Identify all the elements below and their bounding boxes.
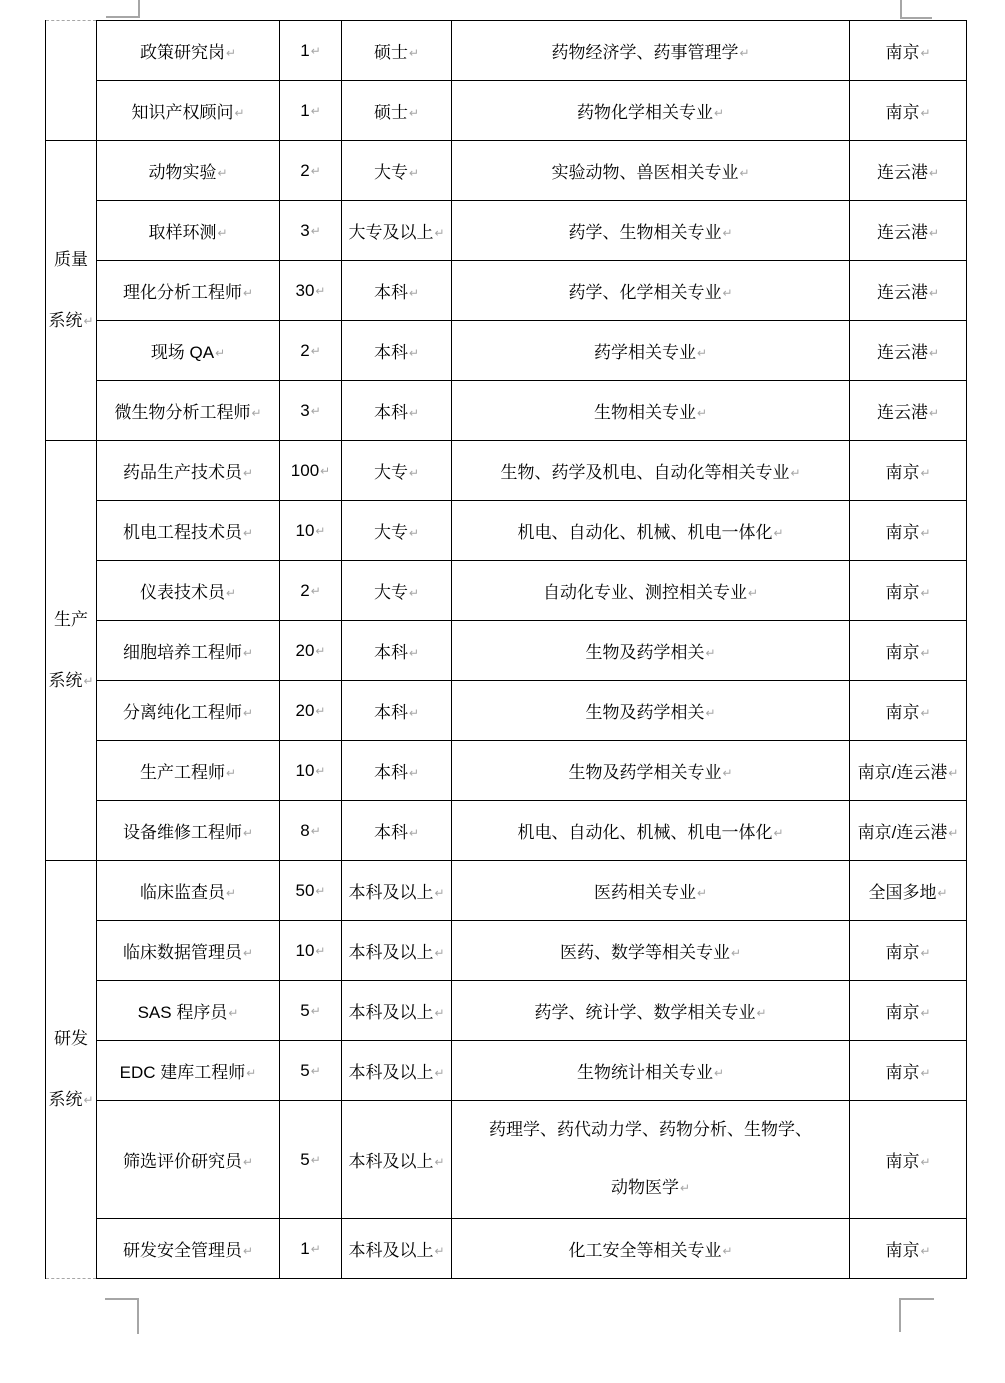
paragraph-mark-icon: ↵ bbox=[731, 946, 741, 960]
paragraph-mark-icon: ↵ bbox=[920, 106, 930, 120]
count-cell: 2↵ bbox=[280, 561, 342, 621]
paragraph-mark-icon: ↵ bbox=[920, 1006, 930, 1020]
position-cell: 分离纯化工程师↵ bbox=[97, 681, 280, 741]
education-cell: 本科及以上↵ bbox=[342, 981, 452, 1041]
document-page: 政策研究岗↵1↵硕士↵药物经济学、药事管理学↵南京↵知识产权顾问↵1↵硕士↵药物… bbox=[0, 0, 1005, 1383]
location-cell: 连云港↵ bbox=[850, 321, 967, 381]
paragraph-mark-icon: ↵ bbox=[756, 1006, 766, 1020]
paragraph-mark-icon: ↵ bbox=[722, 286, 732, 300]
paragraph-mark-icon: ↵ bbox=[722, 1244, 732, 1258]
paragraph-mark-icon: ↵ bbox=[234, 106, 244, 120]
count-cell: 20↵ bbox=[280, 681, 342, 741]
count-cell: 10↵ bbox=[280, 501, 342, 561]
paragraph-mark-icon: ↵ bbox=[243, 526, 253, 540]
count-cell: 3↵ bbox=[280, 381, 342, 441]
paragraph-mark-icon: ↵ bbox=[409, 646, 419, 660]
table-row: 现场 QA↵2↵本科↵药学相关专业↵连云港↵ bbox=[46, 321, 967, 381]
paragraph-mark-icon: ↵ bbox=[409, 346, 419, 360]
paragraph-mark-icon: ↵ bbox=[434, 1066, 444, 1080]
paragraph-mark-icon: ↵ bbox=[739, 46, 749, 60]
major-cell: 生物统计相关专业↵ bbox=[452, 1041, 850, 1101]
paragraph-mark-icon: ↵ bbox=[311, 404, 321, 418]
paragraph-mark-icon: ↵ bbox=[315, 704, 325, 718]
position-cell: 细胞培养工程师↵ bbox=[97, 621, 280, 681]
location-cell: 南京↵ bbox=[850, 1101, 967, 1219]
paragraph-mark-icon: ↵ bbox=[217, 166, 227, 180]
major-cell: 实验动物、兽医相关专业↵ bbox=[452, 141, 850, 201]
major-cell: 药物经济学、药事管理学↵ bbox=[452, 21, 850, 81]
paragraph-mark-icon: ↵ bbox=[315, 764, 325, 778]
major-cell: 化工安全等相关专业↵ bbox=[452, 1219, 850, 1279]
table-row: 政策研究岗↵1↵硕士↵药物经济学、药事管理学↵南京↵ bbox=[46, 21, 967, 81]
paragraph-mark-icon: ↵ bbox=[409, 286, 419, 300]
paragraph-mark-icon: ↵ bbox=[409, 526, 419, 540]
table-row: 仪表技术员↵2↵大专↵自动化专业、测控相关专业↵南京↵ bbox=[46, 561, 967, 621]
count-cell: 100↵ bbox=[280, 441, 342, 501]
crop-mark-top-left bbox=[106, 0, 140, 18]
recruitment-table: 政策研究岗↵1↵硕士↵药物经济学、药事管理学↵南京↵知识产权顾问↵1↵硕士↵药物… bbox=[45, 20, 967, 1279]
paragraph-mark-icon: ↵ bbox=[228, 1006, 238, 1020]
paragraph-mark-icon: ↵ bbox=[315, 944, 325, 958]
paragraph-mark-icon: ↵ bbox=[722, 226, 732, 240]
paragraph-mark-icon: ↵ bbox=[937, 886, 947, 900]
position-cell: 临床监查员↵ bbox=[97, 861, 280, 921]
paragraph-mark-icon: ↵ bbox=[409, 466, 419, 480]
paragraph-mark-icon: ↵ bbox=[226, 886, 236, 900]
paragraph-mark-icon: ↵ bbox=[929, 166, 939, 180]
paragraph-mark-icon: ↵ bbox=[434, 1006, 444, 1020]
education-cell: 本科及以上↵ bbox=[342, 921, 452, 981]
paragraph-mark-icon: ↵ bbox=[920, 586, 930, 600]
paragraph-mark-icon: ↵ bbox=[714, 1066, 724, 1080]
table-row: SAS 程序员↵5↵本科及以上↵药学、统计学、数学相关专业↵南京↵ bbox=[46, 981, 967, 1041]
table-row: 设备维修工程师↵8↵本科↵机电、自动化、机械、机电一体化↵南京/连云港↵ bbox=[46, 801, 967, 861]
paragraph-mark-icon: ↵ bbox=[226, 586, 236, 600]
paragraph-mark-icon: ↵ bbox=[929, 346, 939, 360]
paragraph-mark-icon: ↵ bbox=[311, 224, 321, 238]
paragraph-mark-icon: ↵ bbox=[920, 46, 930, 60]
education-cell: 本科↵ bbox=[342, 321, 452, 381]
table-row: 生产系统↵药品生产技术员↵100↵大专↵生物、药学及机电、自动化等相关专业↵南京… bbox=[46, 441, 967, 501]
paragraph-mark-icon: ↵ bbox=[243, 1155, 253, 1169]
paragraph-mark-icon: ↵ bbox=[680, 1181, 690, 1195]
paragraph-mark-icon: ↵ bbox=[226, 766, 236, 780]
paragraph-mark-icon: ↵ bbox=[434, 1244, 444, 1258]
table-body: 政策研究岗↵1↵硕士↵药物经济学、药事管理学↵南京↵知识产权顾问↵1↵硕士↵药物… bbox=[46, 21, 967, 1279]
paragraph-mark-icon: ↵ bbox=[705, 646, 715, 660]
location-cell: 南京↵ bbox=[850, 1041, 967, 1101]
paragraph-mark-icon: ↵ bbox=[311, 1153, 321, 1167]
paragraph-mark-icon: ↵ bbox=[773, 526, 783, 540]
paragraph-mark-icon: ↵ bbox=[790, 466, 800, 480]
count-cell: 20↵ bbox=[280, 621, 342, 681]
position-cell: 药品生产技术员↵ bbox=[97, 441, 280, 501]
paragraph-mark-icon: ↵ bbox=[243, 1244, 253, 1258]
position-cell: 政策研究岗↵ bbox=[97, 21, 280, 81]
paragraph-mark-icon: ↵ bbox=[311, 1004, 321, 1018]
count-cell: 2↵ bbox=[280, 141, 342, 201]
location-cell: 南京↵ bbox=[850, 1219, 967, 1279]
major-cell: 药学、生物相关专业↵ bbox=[452, 201, 850, 261]
location-cell: 连云港↵ bbox=[850, 141, 967, 201]
education-cell: 硕士↵ bbox=[342, 81, 452, 141]
major-cell: 机电、自动化、机械、机电一体化↵ bbox=[452, 801, 850, 861]
paragraph-mark-icon: ↵ bbox=[739, 166, 749, 180]
paragraph-mark-icon: ↵ bbox=[409, 586, 419, 600]
position-cell: 微生物分析工程师↵ bbox=[97, 381, 280, 441]
major-cell: 生物及药学相关↵ bbox=[452, 621, 850, 681]
position-cell: 仪表技术员↵ bbox=[97, 561, 280, 621]
education-cell: 本科及以上↵ bbox=[342, 1041, 452, 1101]
paragraph-mark-icon: ↵ bbox=[714, 106, 724, 120]
education-cell: 大专↵ bbox=[342, 501, 452, 561]
paragraph-mark-icon: ↵ bbox=[409, 766, 419, 780]
paragraph-mark-icon: ↵ bbox=[929, 406, 939, 420]
count-cell: 2↵ bbox=[280, 321, 342, 381]
position-cell: 设备维修工程师↵ bbox=[97, 801, 280, 861]
position-cell: 动物实验↵ bbox=[97, 141, 280, 201]
education-cell: 本科↵ bbox=[342, 681, 452, 741]
paragraph-mark-icon: ↵ bbox=[697, 886, 707, 900]
count-cell: 1↵ bbox=[280, 81, 342, 141]
paragraph-mark-icon: ↵ bbox=[311, 164, 321, 178]
education-cell: 大专及以上↵ bbox=[342, 201, 452, 261]
paragraph-mark-icon: ↵ bbox=[929, 226, 939, 240]
major-cell: 药物化学相关专业↵ bbox=[452, 81, 850, 141]
paragraph-mark-icon: ↵ bbox=[920, 706, 930, 720]
education-cell: 本科↵ bbox=[342, 261, 452, 321]
paragraph-mark-icon: ↵ bbox=[409, 106, 419, 120]
position-cell: 临床数据管理员↵ bbox=[97, 921, 280, 981]
table-row: 分离纯化工程师↵20↵本科↵生物及药学相关↵南京↵ bbox=[46, 681, 967, 741]
paragraph-mark-icon: ↵ bbox=[315, 524, 325, 538]
location-cell: 全国多地↵ bbox=[850, 861, 967, 921]
paragraph-mark-icon: ↵ bbox=[722, 766, 732, 780]
paragraph-mark-icon: ↵ bbox=[697, 406, 707, 420]
table-row: 筛选评价研究员↵5↵本科及以上↵药理学、药代动力学、药物分析、生物学、动物医学↵… bbox=[46, 1101, 967, 1219]
major-cell: 药理学、药代动力学、药物分析、生物学、动物医学↵ bbox=[452, 1101, 850, 1219]
location-cell: 南京↵ bbox=[850, 81, 967, 141]
paragraph-mark-icon: ↵ bbox=[243, 466, 253, 480]
paragraph-mark-icon: ↵ bbox=[315, 284, 325, 298]
education-cell: 大专↵ bbox=[342, 141, 452, 201]
paragraph-mark-icon: ↵ bbox=[920, 1155, 930, 1169]
paragraph-mark-icon: ↵ bbox=[311, 104, 321, 118]
count-cell: 1↵ bbox=[280, 1219, 342, 1279]
paragraph-mark-icon: ↵ bbox=[948, 766, 958, 780]
location-cell: 南京↵ bbox=[850, 501, 967, 561]
position-cell: SAS 程序员↵ bbox=[97, 981, 280, 1041]
education-cell: 大专↵ bbox=[342, 561, 452, 621]
table-row: 研发安全管理员↵1↵本科及以上↵化工安全等相关专业↵南京↵ bbox=[46, 1219, 967, 1279]
table-row: 取样环测↵3↵大专及以上↵药学、生物相关专业↵连云港↵ bbox=[46, 201, 967, 261]
major-cell: 药学相关专业↵ bbox=[452, 321, 850, 381]
count-cell: 10↵ bbox=[280, 921, 342, 981]
paragraph-mark-icon: ↵ bbox=[705, 706, 715, 720]
paragraph-mark-icon: ↵ bbox=[315, 644, 325, 658]
paragraph-mark-icon: ↵ bbox=[311, 824, 321, 838]
position-cell: 理化分析工程师↵ bbox=[97, 261, 280, 321]
location-cell: 南京/连云港↵ bbox=[850, 741, 967, 801]
count-cell: 50↵ bbox=[280, 861, 342, 921]
major-cell: 医药、数学等相关专业↵ bbox=[452, 921, 850, 981]
paragraph-mark-icon: ↵ bbox=[243, 826, 253, 840]
table-row: 生产工程师↵10↵本科↵生物及药学相关专业↵南京/连云港↵ bbox=[46, 741, 967, 801]
paragraph-mark-icon: ↵ bbox=[246, 1066, 256, 1080]
table-row: 知识产权顾问↵1↵硕士↵药物化学相关专业↵南京↵ bbox=[46, 81, 967, 141]
location-cell: 连云港↵ bbox=[850, 261, 967, 321]
count-cell: 8↵ bbox=[280, 801, 342, 861]
crop-mark-top-right bbox=[900, 0, 932, 19]
paragraph-mark-icon: ↵ bbox=[83, 1093, 93, 1107]
education-cell: 硕士↵ bbox=[342, 21, 452, 81]
count-cell: 5↵ bbox=[280, 1041, 342, 1101]
count-cell: 3↵ bbox=[280, 201, 342, 261]
location-cell: 南京↵ bbox=[850, 981, 967, 1041]
table-row: EDC 建库工程师↵5↵本科及以上↵生物统计相关专业↵南京↵ bbox=[46, 1041, 967, 1101]
paragraph-mark-icon: ↵ bbox=[434, 226, 444, 240]
position-cell: 机电工程技术员↵ bbox=[97, 501, 280, 561]
education-cell: 本科及以上↵ bbox=[342, 861, 452, 921]
paragraph-mark-icon: ↵ bbox=[311, 44, 321, 58]
paragraph-mark-icon: ↵ bbox=[920, 1244, 930, 1258]
major-cell: 自动化专业、测控相关专业↵ bbox=[452, 561, 850, 621]
major-cell: 机电、自动化、机械、机电一体化↵ bbox=[452, 501, 850, 561]
education-cell: 本科及以上↵ bbox=[342, 1101, 452, 1219]
count-cell: 5↵ bbox=[280, 981, 342, 1041]
paragraph-mark-icon: ↵ bbox=[311, 1242, 321, 1256]
position-cell: 取样环测↵ bbox=[97, 201, 280, 261]
paragraph-mark-icon: ↵ bbox=[215, 346, 225, 360]
paragraph-mark-icon: ↵ bbox=[83, 314, 93, 328]
position-cell: 筛选评价研究员↵ bbox=[97, 1101, 280, 1219]
paragraph-mark-icon: ↵ bbox=[243, 646, 253, 660]
count-cell: 5↵ bbox=[280, 1101, 342, 1219]
education-cell: 本科及以上↵ bbox=[342, 1219, 452, 1279]
paragraph-mark-icon: ↵ bbox=[920, 526, 930, 540]
paragraph-mark-icon: ↵ bbox=[929, 286, 939, 300]
paragraph-mark-icon: ↵ bbox=[434, 1155, 444, 1169]
crop-mark-bottom-right bbox=[899, 1298, 934, 1332]
position-cell: 现场 QA↵ bbox=[97, 321, 280, 381]
position-cell: EDC 建库工程师↵ bbox=[97, 1041, 280, 1101]
paragraph-mark-icon: ↵ bbox=[409, 406, 419, 420]
paragraph-mark-icon: ↵ bbox=[920, 1066, 930, 1080]
paragraph-mark-icon: ↵ bbox=[243, 286, 253, 300]
count-cell: 30↵ bbox=[280, 261, 342, 321]
category-cell bbox=[46, 21, 97, 141]
paragraph-mark-icon: ↵ bbox=[409, 826, 419, 840]
paragraph-mark-icon: ↵ bbox=[217, 226, 227, 240]
paragraph-mark-icon: ↵ bbox=[409, 706, 419, 720]
paragraph-mark-icon: ↵ bbox=[434, 946, 444, 960]
table-row: 临床数据管理员↵10↵本科及以上↵医药、数学等相关专业↵南京↵ bbox=[46, 921, 967, 981]
crop-mark-bottom-left bbox=[105, 1298, 139, 1334]
major-cell: 生物及药学相关专业↵ bbox=[452, 741, 850, 801]
major-cell: 生物、药学及机电、自动化等相关专业↵ bbox=[452, 441, 850, 501]
paragraph-mark-icon: ↵ bbox=[311, 344, 321, 358]
education-cell: 大专↵ bbox=[342, 441, 452, 501]
location-cell: 南京↵ bbox=[850, 921, 967, 981]
paragraph-mark-icon: ↵ bbox=[83, 674, 93, 688]
paragraph-mark-icon: ↵ bbox=[434, 886, 444, 900]
paragraph-mark-icon: ↵ bbox=[773, 826, 783, 840]
table-row: 理化分析工程师↵30↵本科↵药学、化学相关专业↵连云港↵ bbox=[46, 261, 967, 321]
major-cell: 药学、统计学、数学相关专业↵ bbox=[452, 981, 850, 1041]
paragraph-mark-icon: ↵ bbox=[920, 466, 930, 480]
education-cell: 本科↵ bbox=[342, 801, 452, 861]
paragraph-mark-icon: ↵ bbox=[920, 646, 930, 660]
paragraph-mark-icon: ↵ bbox=[243, 706, 253, 720]
location-cell: 南京↵ bbox=[850, 441, 967, 501]
category-cell: 质量系统↵ bbox=[46, 141, 97, 441]
education-cell: 本科↵ bbox=[342, 741, 452, 801]
paragraph-mark-icon: ↵ bbox=[226, 46, 236, 60]
table-row: 细胞培养工程师↵20↵本科↵生物及药学相关↵南京↵ bbox=[46, 621, 967, 681]
paragraph-mark-icon: ↵ bbox=[409, 166, 419, 180]
paragraph-mark-icon: ↵ bbox=[311, 1064, 321, 1078]
paragraph-mark-icon: ↵ bbox=[748, 586, 758, 600]
paragraph-mark-icon: ↵ bbox=[920, 946, 930, 960]
paragraph-mark-icon: ↵ bbox=[320, 464, 330, 478]
location-cell: 连云港↵ bbox=[850, 381, 967, 441]
major-cell: 药学、化学相关专业↵ bbox=[452, 261, 850, 321]
count-cell: 1↵ bbox=[280, 21, 342, 81]
table-row: 机电工程技术员↵10↵大专↵机电、自动化、机械、机电一体化↵南京↵ bbox=[46, 501, 967, 561]
table-row: 质量系统↵动物实验↵2↵大专↵实验动物、兽医相关专业↵连云港↵ bbox=[46, 141, 967, 201]
location-cell: 南京↵ bbox=[850, 681, 967, 741]
position-cell: 研发安全管理员↵ bbox=[97, 1219, 280, 1279]
category-cell: 研发系统↵ bbox=[46, 861, 97, 1279]
paragraph-mark-icon: ↵ bbox=[243, 946, 253, 960]
location-cell: 南京/连云港↵ bbox=[850, 801, 967, 861]
paragraph-mark-icon: ↵ bbox=[697, 346, 707, 360]
paragraph-mark-icon: ↵ bbox=[948, 826, 958, 840]
education-cell: 本科↵ bbox=[342, 621, 452, 681]
paragraph-mark-icon: ↵ bbox=[409, 46, 419, 60]
location-cell: 南京↵ bbox=[850, 561, 967, 621]
major-cell: 生物相关专业↵ bbox=[452, 381, 850, 441]
major-cell: 生物及药学相关↵ bbox=[452, 681, 850, 741]
major-cell: 医药相关专业↵ bbox=[452, 861, 850, 921]
location-cell: 连云港↵ bbox=[850, 201, 967, 261]
count-cell: 10↵ bbox=[280, 741, 342, 801]
table-row: 微生物分析工程师↵3↵本科↵生物相关专业↵连云港↵ bbox=[46, 381, 967, 441]
location-cell: 南京↵ bbox=[850, 21, 967, 81]
paragraph-mark-icon: ↵ bbox=[311, 584, 321, 598]
table-row: 研发系统↵临床监查员↵50↵本科及以上↵医药相关专业↵全国多地↵ bbox=[46, 861, 967, 921]
category-cell: 生产系统↵ bbox=[46, 441, 97, 861]
paragraph-mark-icon: ↵ bbox=[315, 884, 325, 898]
position-cell: 知识产权顾问↵ bbox=[97, 81, 280, 141]
education-cell: 本科↵ bbox=[342, 381, 452, 441]
position-cell: 生产工程师↵ bbox=[97, 741, 280, 801]
location-cell: 南京↵ bbox=[850, 621, 967, 681]
paragraph-mark-icon: ↵ bbox=[251, 406, 261, 420]
